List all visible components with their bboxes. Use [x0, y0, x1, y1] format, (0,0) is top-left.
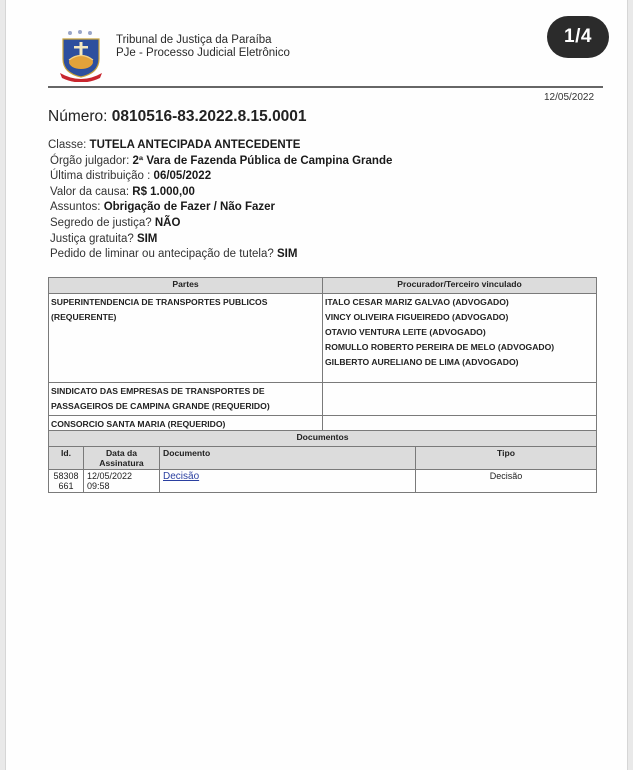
- table-row: SUPERINTENDENCIA DE TRANSPORTES PUBLICOS…: [49, 294, 597, 383]
- column-header-procurador: Procurador/Terceiro vinculado: [323, 278, 597, 294]
- field-value: R$ 1.000,00: [132, 186, 195, 198]
- court-header: Tribunal de Justiça da Paraíba PJe - Pro…: [116, 34, 290, 60]
- partes-table: Partes Procurador/Terceiro vinculado SUP…: [48, 277, 597, 452]
- header-divider: [48, 86, 603, 88]
- column-header-documento: Documento: [160, 447, 416, 470]
- doc-date-cell: 12/05/2022 09:58: [84, 470, 160, 493]
- field-value: Obrigação de Fazer / Não Fazer: [104, 201, 275, 213]
- field-value: SIM: [277, 248, 297, 260]
- field-value: SIM: [137, 233, 157, 245]
- field-orgao-julgador: Órgão julgador: 2ª Vara de Fazenda Públi…: [48, 154, 392, 170]
- field-justica-gratuita: Justiça gratuita? SIM: [48, 232, 392, 248]
- table-row: SINDICATO DAS EMPRESAS DE TRANSPORTES DE…: [49, 383, 597, 416]
- system-name: PJe - Processo Judicial Eletrônico: [116, 47, 290, 60]
- pdf-page: Tribunal de Justiça da Paraíba PJe - Pro…: [5, 0, 628, 770]
- procurador-item: ROMULLO ROBERTO PEREIRA DE MELO (ADVOGAD…: [325, 340, 594, 355]
- column-header-tipo: Tipo: [416, 447, 597, 470]
- field-segredo-justica: Segredo de justiça? NÃO: [48, 216, 392, 232]
- procurador-item: VINCY OLIVEIRA FIGUEIREDO (ADVOGADO): [325, 310, 594, 325]
- process-number-label: Número:: [48, 108, 112, 125]
- field-label: Classe:: [48, 139, 90, 151]
- field-label: Valor da causa:: [50, 186, 132, 198]
- table-row: 58308661 12/05/2022 09:58 Decisão Decisã…: [49, 470, 597, 493]
- field-label: Assuntos:: [50, 201, 104, 213]
- field-classe: Classe: TUTELA ANTECIPADA ANTECEDENTE: [48, 138, 392, 154]
- process-number-value: 0810516-83.2022.8.15.0001: [112, 108, 307, 125]
- process-fields: Classe: TUTELA ANTECIPADA ANTECEDENTE Ór…: [48, 138, 392, 263]
- court-coat-of-arms-icon: [58, 29, 104, 82]
- doc-type-cell: Decisão: [416, 470, 597, 493]
- column-header-id: Id.: [49, 447, 84, 470]
- parte-cell: SINDICATO DAS EMPRESAS DE TRANSPORTES DE…: [49, 383, 323, 416]
- field-label: Pedido de liminar ou antecipação de tute…: [50, 248, 277, 260]
- documentos-title: Documentos: [49, 431, 597, 447]
- field-value: 2ª Vara de Fazenda Pública de Campina Gr…: [132, 155, 392, 167]
- court-name: Tribunal de Justiça da Paraíba: [116, 34, 290, 47]
- documentos-table: Documentos Id. Data da Assinatura Docume…: [48, 430, 597, 493]
- procurador-item: GILBERTO AURELIANO DE LIMA (ADVOGADO): [325, 355, 594, 370]
- parte-cell: SUPERINTENDENCIA DE TRANSPORTES PUBLICOS…: [49, 294, 323, 383]
- field-ultima-distribuicao: Última distribuição : 06/05/2022: [48, 169, 392, 185]
- field-value: 06/05/2022: [154, 170, 212, 182]
- field-label: Órgão julgador:: [50, 155, 132, 167]
- procuradores-cell: ITALO CESAR MARIZ GALVAO (ADVOGADO) VINC…: [323, 294, 597, 383]
- field-label: Segredo de justiça?: [50, 217, 155, 229]
- column-header-data: Data da Assinatura: [84, 447, 160, 470]
- page-indicator: 1/4: [547, 16, 609, 58]
- field-value: NÃO: [155, 217, 181, 229]
- document-link[interactable]: Decisão: [163, 471, 199, 482]
- field-value: TUTELA ANTECIPADA ANTECEDENTE: [90, 139, 301, 151]
- column-header-partes: Partes: [49, 278, 323, 294]
- field-valor-causa: Valor da causa: R$ 1.000,00: [48, 185, 392, 201]
- doc-name-cell: Decisão: [160, 470, 416, 493]
- procuradores-cell: [323, 383, 597, 416]
- field-assuntos: Assuntos: Obrigação de Fazer / Não Fazer: [48, 200, 392, 216]
- field-pedido-liminar: Pedido de liminar ou antecipação de tute…: [48, 247, 392, 263]
- procurador-item: ITALO CESAR MARIZ GALVAO (ADVOGADO): [325, 295, 594, 310]
- print-date: 12/05/2022: [544, 92, 594, 103]
- procurador-item: OTAVIO VENTURA LEITE (ADVOGADO): [325, 325, 594, 340]
- field-label: Justiça gratuita?: [50, 233, 137, 245]
- field-label: Última distribuição :: [50, 170, 154, 182]
- doc-id-cell: 58308661: [49, 470, 84, 493]
- process-number: Número: 0810516-83.2022.8.15.0001: [48, 108, 307, 126]
